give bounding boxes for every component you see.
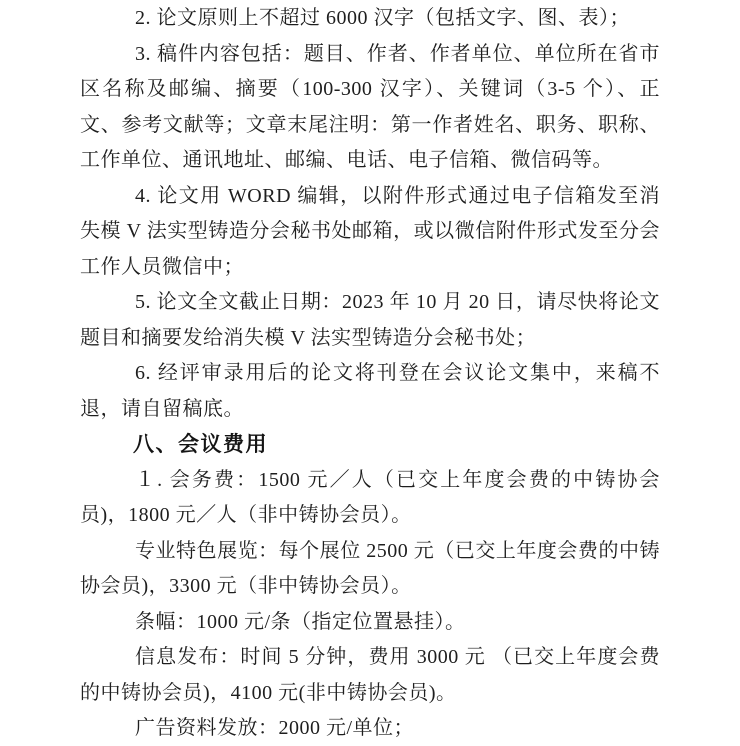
paragraph-banner-fee: 条幅：1000 元/条（指定位置悬挂）。 xyxy=(80,605,660,641)
paragraph-info-release-fee: 信息发布：时间 5 分钟，费用 3000 元 （已交上年度会费的中铸协会员)，4… xyxy=(80,640,660,711)
paragraph-review-publication: 6. 经评审录用后的论文将刊登在会议论文集中，来稿不退，请自留稿底。 xyxy=(80,356,660,427)
paragraph-deadline: 5. 论文全文截止日期：2023 年 10 月 20 日，请尽快将论文题目和摘要… xyxy=(80,285,660,356)
paragraph-registration-fee: １. 会务费：1500 元／人（已交上年度会费的中铸协会员)，1800 元／人（… xyxy=(80,463,660,534)
paragraph-paper-length: 2. 论文原则上不超过 6000 汉字（包括文字、图、表）； xyxy=(80,1,660,37)
section-heading-conference-fees: 八、会议费用 xyxy=(80,427,660,463)
paragraph-manuscript-content: 3. 稿件内容包括：题目、作者、作者单位、单位所在省市区名称及邮编、摘要（100… xyxy=(80,37,660,179)
paragraph-exhibition-fee: 专业特色展览：每个展位 2500 元（已交上年度会费的中铸协会员)，3300 元… xyxy=(80,534,660,605)
paragraph-advertising-fee: 广告资料发放：2000 元/单位； xyxy=(80,711,660,746)
paragraph-submission-method: 4. 论文用 WORD 编辑，以附件形式通过电子信箱发至消失模 V 法实型铸造分… xyxy=(80,179,660,286)
document-page: 2. 论文原则上不超过 6000 汉字（包括文字、图、表）； 3. 稿件内容包括… xyxy=(0,0,740,746)
